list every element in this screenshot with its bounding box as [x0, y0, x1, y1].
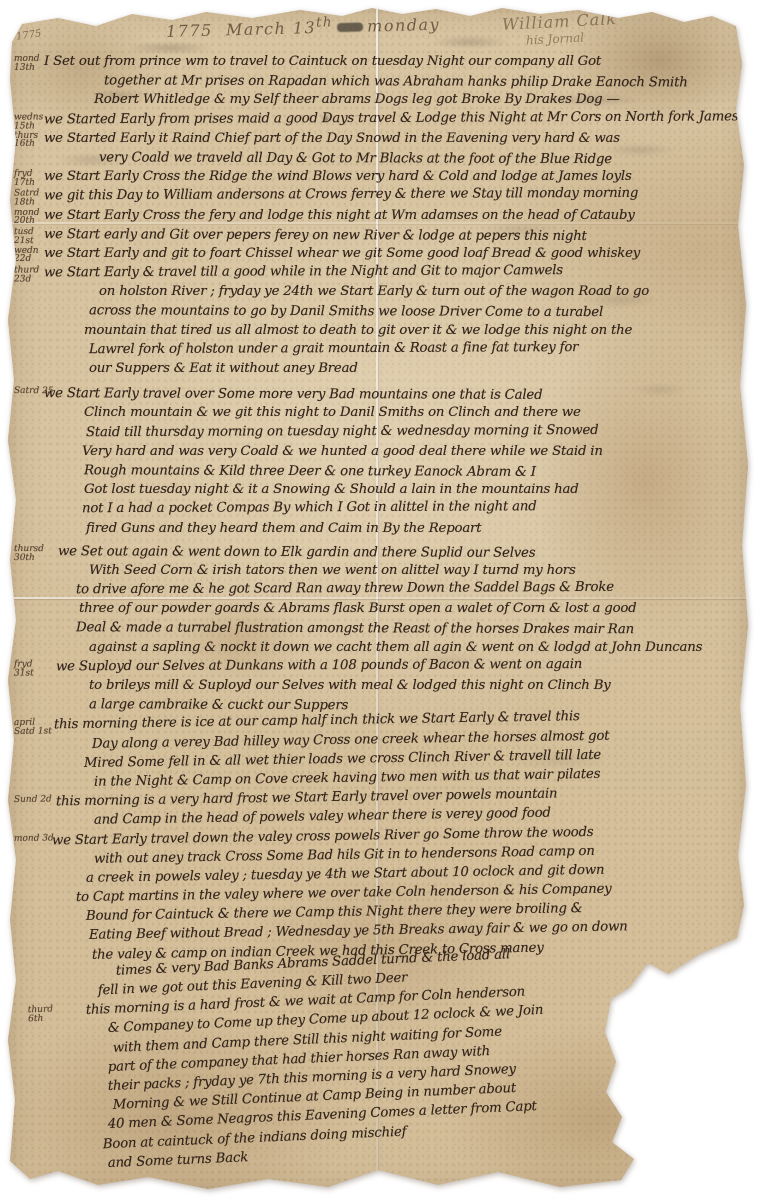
journal-line-text: we Start Early & travel till a good whil…: [44, 263, 563, 280]
journal-line-text: not I a had a pocket Compas By which I G…: [82, 500, 537, 517]
journal-line-text: Got lost tuesday night & it a Snowing & …: [84, 482, 579, 497]
journal-line-text: we Start early and Git over pepers ferey…: [44, 227, 587, 244]
journal-line: Staid till thursday morning on tuesday n…: [14, 422, 746, 444]
margin-date-note: fryd 17th: [14, 170, 54, 187]
date-month-day: March 13: [226, 18, 317, 39]
journal-line: fryd 31stwe Suployd our Selves at Dunkan…: [14, 656, 746, 678]
journal-line: to drive afore me & he got Scard Ran awa…: [14, 579, 746, 601]
journal-line-text: Robert Whitledge & my Self theer abrams …: [94, 92, 620, 107]
margin-date-note: wedns 15th: [14, 113, 54, 130]
journal-line: Clinch mountain & we git this night to D…: [14, 405, 746, 424]
journal-line-text: very Coald we traveld all Day & Got to M…: [99, 150, 612, 167]
paper-shadow: 1775 1775 March 13thmonday William Calk …: [0, 0, 758, 1200]
journal-line-text: we Start Early and git to foart Chissel …: [44, 246, 640, 261]
journal-line-text: against a sapling & nockt it down we cac…: [89, 640, 702, 655]
journal-line-text: mountain that tired us all almost to dea…: [84, 323, 632, 338]
margin-date-note: Satrd 25: [14, 387, 54, 396]
journal-line: Lawrel fork of holston under a grait mou…: [14, 339, 746, 361]
journal-line-text: Staid till thursday morning on tuesday n…: [86, 423, 599, 440]
journal-line-text: we Suployd our Selves at Dunkans with a …: [56, 657, 582, 674]
journal-line-text: we Set out again & went down to Elk gard…: [58, 544, 535, 561]
margin-date-note: april Satd 1st: [14, 719, 54, 737]
journal-line-text: Very hard and was very Coald & we hunted…: [82, 444, 603, 459]
journal-line-text: I Set out from prince wm to travel to Ca…: [44, 54, 601, 69]
journal-line: not I a had a pocket Compas By which I G…: [14, 499, 746, 521]
journal-line-text: across the mountains to go by Danil Smit…: [89, 304, 603, 321]
journal-line-text: a large cambraike & cuckt our Suppers: [89, 697, 348, 713]
journal-lines: mond 13thI Set out from prince wm to tra…: [14, 54, 746, 1179]
date-ordinal: th: [316, 15, 333, 30]
journal-line-text: Lawrel fork of holston under a grait mou…: [89, 340, 578, 357]
journal-line-text: we Start Early Cross the fery and lodge …: [44, 208, 635, 223]
journal-line: Very hard and was very Coald & we hunted…: [14, 444, 746, 463]
journal-line-text: we Started Early from prises maid a good…: [44, 109, 758, 127]
margin-date-note: tusd 21st: [14, 228, 54, 245]
journal-line: mond 13thI Set out from prince wm to tra…: [14, 54, 746, 73]
journal-line-text: three of our powder goards & Abrams flas…: [79, 601, 637, 616]
journal-line: our Suppers & Eat it without aney Bread: [14, 361, 746, 380]
journal-line-text: we Start Early Cross the Ridge the wind …: [44, 169, 632, 184]
manuscript-scan: 1775 1775 March 13thmonday William Calk …: [0, 0, 758, 1200]
margin-date-note: Sund 2d: [14, 795, 54, 804]
journal-line-text: on holston River ; fryday ye 24th we Sta…: [99, 284, 649, 299]
journal-line: on holston River ; fryday ye 24th we Sta…: [14, 284, 746, 303]
ink-blot: [337, 23, 363, 33]
journal-line-text: to drive afore me & he got Scard Ran awa…: [76, 580, 614, 597]
owner-signature: William Calk: [502, 9, 618, 34]
journal-line-text: we git this Day to William andersons at …: [44, 186, 638, 204]
journal-line-text: Deal & made a turrabel flustration among…: [76, 621, 634, 638]
page-header: 1775 1775 March 13thmonday William Calk …: [14, 12, 746, 48]
journal-line-text: we Start Early travel over Some more ver…: [44, 386, 542, 403]
date-weekday: monday: [367, 15, 440, 36]
margin-year: 1775: [15, 28, 42, 42]
journal-line: wedns 15thwe Started Early from prises m…: [14, 109, 746, 131]
date-year: 1775: [166, 21, 213, 41]
journal-line: Satrd 18thwe git this Day to William and…: [14, 186, 746, 208]
margin-date-note: mond 3d: [14, 834, 54, 843]
journal-line: mond 20thwe Start Early Cross the fery a…: [14, 208, 746, 227]
margin-date-note: Satrd 18th: [14, 190, 54, 207]
journal-line-text: Rough mountains & Kild three Deer & one …: [84, 463, 536, 480]
margin-date-note: wedn 22d: [14, 247, 54, 264]
journal-line: to brileys mill & Suployd our Selves wit…: [14, 678, 746, 697]
journal-line: thurd 23dwe Start Early & travel till a …: [14, 262, 746, 284]
margin-date-note: thurd 23d: [14, 266, 54, 283]
journal-line-text: fired Guns and they heard them and Caim …: [86, 521, 481, 536]
journal-line: three of our powder goards & Abrams flas…: [14, 601, 746, 620]
margin-date-note: mond 20th: [14, 209, 54, 226]
journal-line-text: we Started Early it Raind Chief part of …: [44, 131, 620, 146]
margin-date-note: fryd 31st: [14, 660, 54, 677]
date-heading: 1775 March 13thmonday: [166, 12, 441, 40]
journal-line: Robert Whitledge & my Self theer abrams …: [14, 92, 746, 111]
journal-line-text: With Seed Corn & irish tators then we we…: [89, 563, 576, 578]
journal-line-text: to brileys mill & Suployd our Selves wit…: [89, 678, 611, 693]
margin-date-note: thursd 30th: [14, 545, 54, 562]
journal-line: thurs 16thwe Started Early it Raind Chie…: [14, 131, 746, 150]
journal-line-text: Clinch mountain & we git this night to D…: [84, 405, 581, 420]
owner-signature-sub: his Jornal: [526, 30, 585, 47]
manuscript-content: 1775 1775 March 13thmonday William Calk …: [14, 12, 746, 1179]
manuscript-paper: 1775 1775 March 13thmonday William Calk …: [0, 0, 758, 1200]
journal-line: fired Guns and they heard them and Caim …: [14, 521, 746, 540]
journal-line-text: our Suppers & Eat it without aney Bread: [89, 361, 358, 376]
margin-date-note: thurs 16th: [14, 132, 54, 149]
margin-date-note: thurd 6th: [28, 1005, 69, 1024]
journal-line-text: together at Mr prises on Rapadan which w…: [104, 74, 688, 91]
margin-date-note: mond 13th: [14, 55, 54, 72]
